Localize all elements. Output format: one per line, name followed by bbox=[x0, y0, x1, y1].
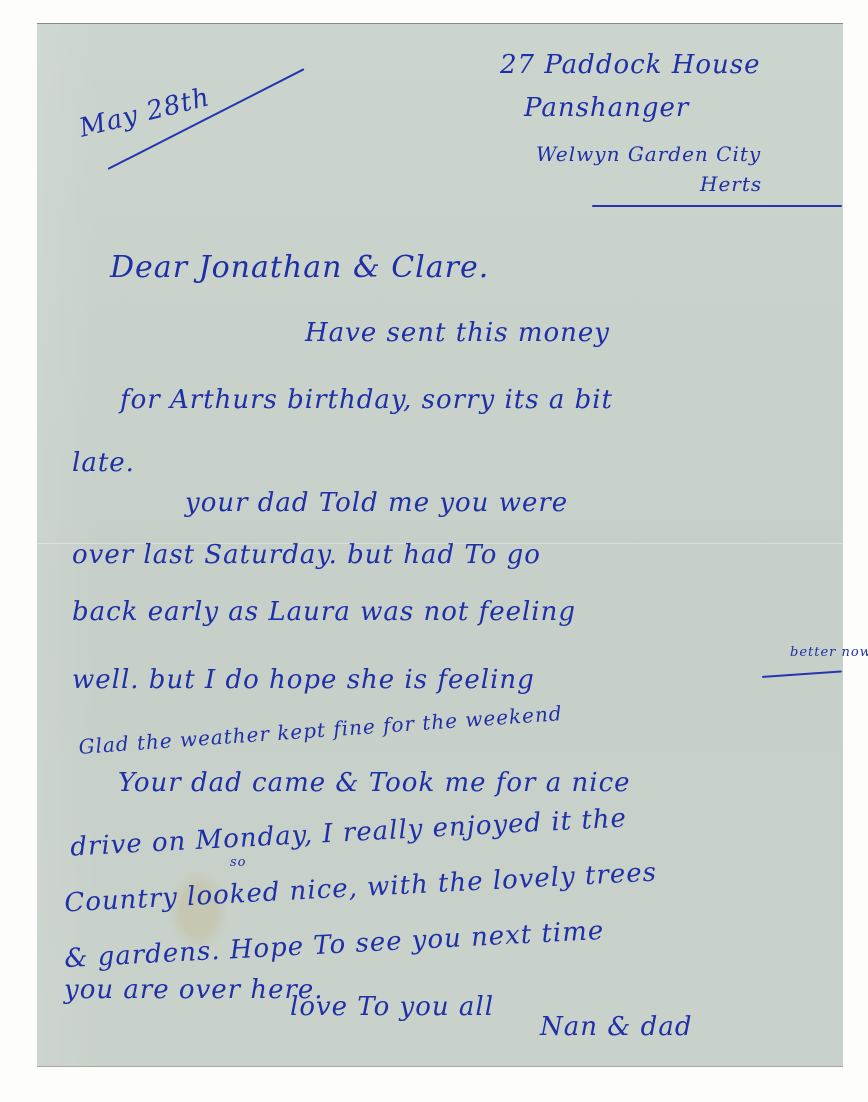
body-line-3: late. bbox=[72, 448, 135, 478]
inserted-better-now: better now bbox=[790, 645, 868, 660]
address-line-4: Herts bbox=[700, 172, 762, 196]
inserted-so: so bbox=[230, 855, 247, 870]
address-line-1: 27 Paddock House bbox=[500, 50, 761, 80]
body-line-13: you are over here. bbox=[64, 975, 324, 1005]
body-line-4: your dad Told me you were bbox=[185, 488, 568, 518]
body-line-7: well. but I do hope she is feeling bbox=[72, 665, 535, 695]
signature: Nan & dad bbox=[540, 1012, 692, 1042]
closing: love To you all bbox=[290, 992, 494, 1022]
body-line-5: over last Saturday. but had To go bbox=[72, 540, 541, 570]
salutation: Dear Jonathan & Clare. bbox=[110, 250, 489, 285]
address-line-2: Panshanger bbox=[524, 93, 689, 123]
body-line-6: back early as Laura was not feeling bbox=[72, 597, 576, 627]
address-line-3: Welwyn Garden City bbox=[536, 142, 761, 166]
body-line-9: Your dad came & Took me for a nice bbox=[118, 768, 631, 798]
address-underline bbox=[592, 205, 842, 207]
body-line-2: for Arthurs birthday, sorry its a bit bbox=[120, 385, 613, 415]
body-line-1: Have sent this money bbox=[305, 318, 610, 348]
